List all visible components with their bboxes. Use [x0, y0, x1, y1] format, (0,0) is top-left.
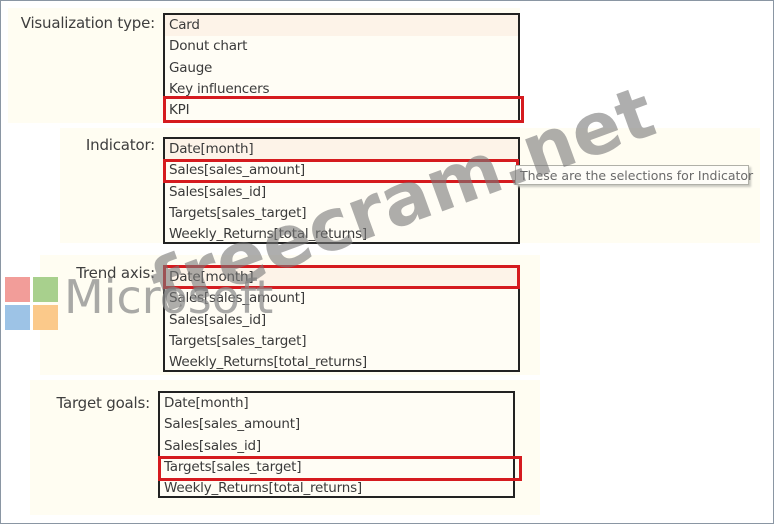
visualization-type-listbox[interactable]: Card Donut chart Gauge Key influencers K… [163, 13, 520, 123]
list-item-selected[interactable]: KPI [165, 100, 518, 121]
indicator-tooltip: These are the selections for Indicator [515, 165, 749, 185]
list-item-selected[interactable]: Date[month] [165, 267, 518, 288]
trend-axis-listbox[interactable]: Date[month] Sales[sales_amount] Sales[sa… [163, 265, 520, 372]
indicator-label: Indicator: [40, 136, 155, 154]
list-item[interactable]: Sales[sales_amount] [160, 414, 513, 435]
list-item[interactable]: Date[month] [165, 139, 518, 160]
list-item-selected[interactable]: Targets[sales_target] [160, 457, 513, 478]
target-goals-listbox[interactable]: Date[month] Sales[sales_amount] Sales[sa… [158, 391, 515, 498]
list-item[interactable]: Weekly_Returns[total_returns] [165, 224, 518, 245]
list-item[interactable]: Sales[sales_id] [165, 182, 518, 203]
list-item[interactable]: Sales[sales_amount] [165, 288, 518, 309]
list-item[interactable]: Targets[sales_target] [165, 203, 518, 224]
microsoft-logo-icon [5, 277, 59, 331]
visualization-type-label: Visualization type: [10, 14, 155, 32]
list-item[interactable]: Key influencers [165, 79, 518, 100]
list-item[interactable]: Targets[sales_target] [165, 331, 518, 352]
list-item[interactable]: Card [165, 15, 518, 36]
list-item-selected[interactable]: Sales[sales_amount] [165, 160, 518, 181]
list-item[interactable]: Weekly_Returns[total_returns] [160, 478, 513, 499]
list-item[interactable]: Date[month] [160, 393, 513, 414]
list-item[interactable]: Donut chart [165, 36, 518, 57]
list-item[interactable]: Weekly_Returns[total_returns] [165, 352, 518, 373]
list-item[interactable]: Sales[sales_id] [165, 310, 518, 331]
indicator-listbox[interactable]: Date[month] Sales[sales_amount] Sales[sa… [163, 137, 520, 244]
list-item[interactable]: Sales[sales_id] [160, 436, 513, 457]
target-goals-label: Target goals: [30, 394, 150, 412]
list-item[interactable]: Gauge [165, 58, 518, 79]
